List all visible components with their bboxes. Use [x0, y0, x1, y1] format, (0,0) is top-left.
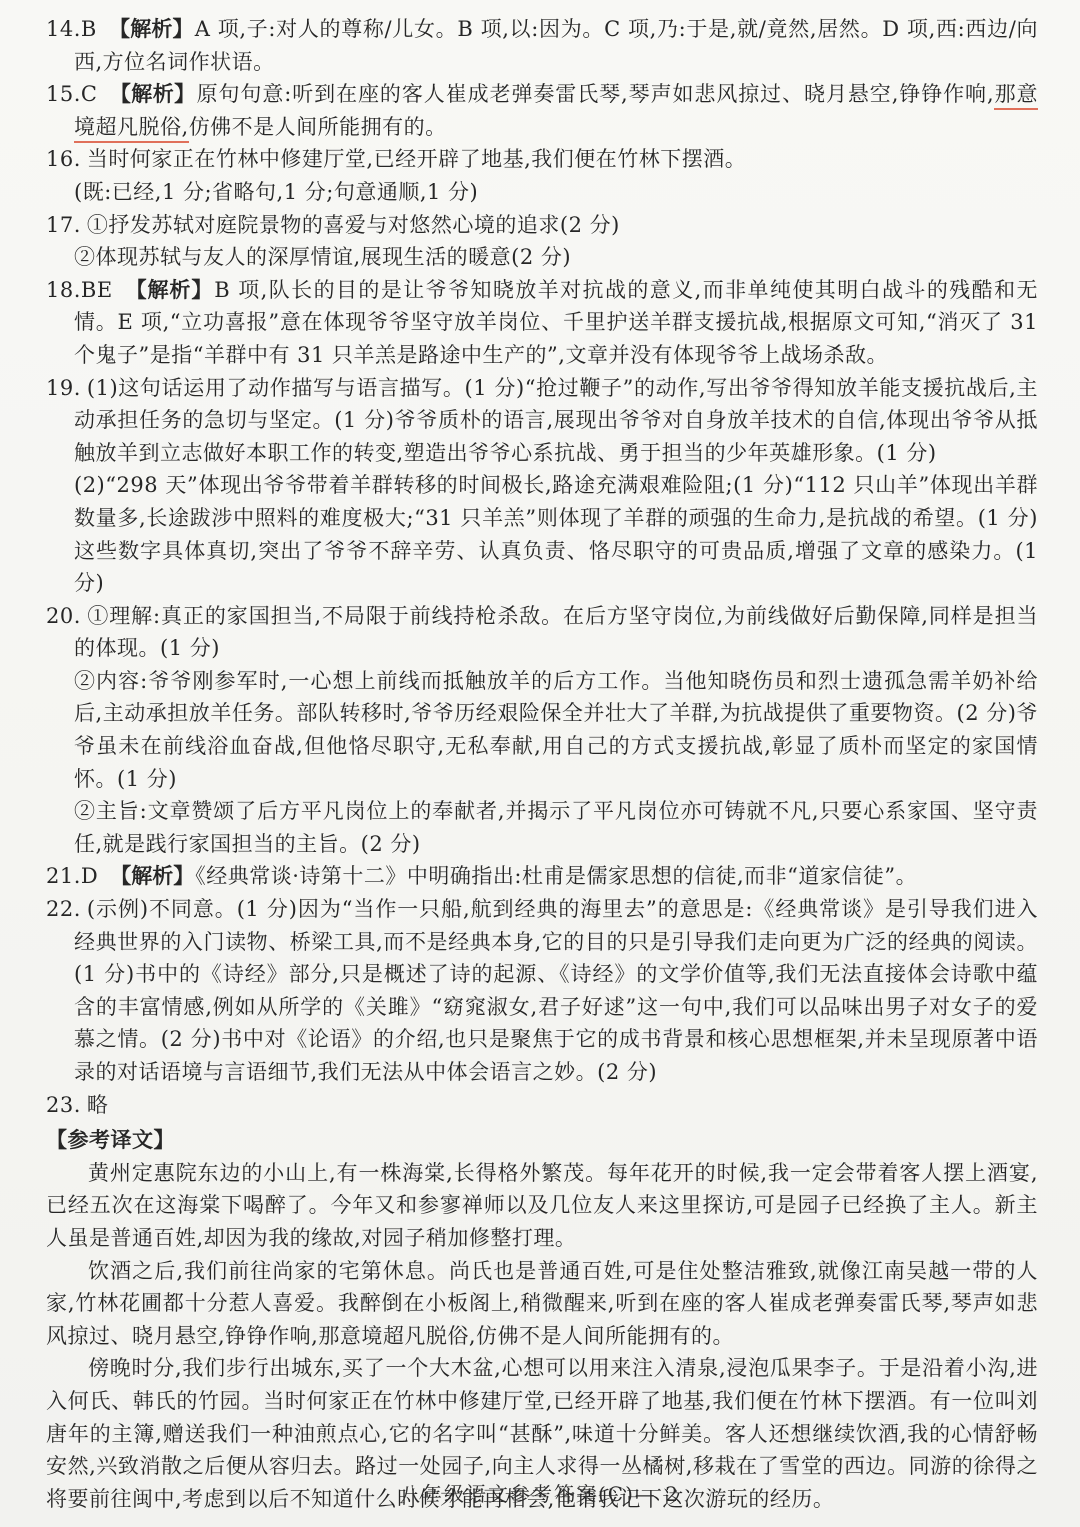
answer-item-20-part2: ②内容:爷爷刚参军时,一心想上前线而抵触放羊的后方工作。当他知晓伤员和烈士遗孤急…: [46, 665, 1038, 795]
answer-subtext: (既:已经,1 分;省略句,1 分;句意通顺,1 分): [74, 180, 478, 204]
answer-item-21: 21.D【解析】《经典常谈·诗第十二》中明确指出:杜甫是儒家思想的信徒,而非“道…: [46, 860, 1038, 893]
answer-text: ①抒发苏轼对庭院景物的喜爱与对悠然心境的追求(2 分): [87, 213, 620, 237]
answer-item-14: 14.B【解析】A 项,子:对人的尊称/儿女。B 项,以:因为。C 项,乃:于是…: [46, 13, 1038, 78]
answer-number: 22.: [46, 897, 81, 921]
answer-item-19-part2: (2)“298 天”体现出爷爷带着羊群转移的时间极长,路途充满艰难险阻;(1 分…: [46, 469, 1038, 599]
answer-number: 21.D: [46, 864, 98, 888]
jiexi-label: 【解析】: [125, 278, 214, 302]
answer-subtext: ②体现苏轼与友人的深厚情谊,展现生活的暖意(2 分): [74, 245, 571, 269]
answer-text: B 项,队长的目的是让爷爷知晓放羊对抗战的意义,而非单纯使其明白战斗的残酷和无情…: [74, 278, 1038, 367]
translation-paragraph-1: 黄州定惠院东边的小山上,有一株海棠,长得格外繁茂。每年花开的时候,我一定会带着客…: [46, 1157, 1038, 1255]
answer-item-15: 15.C【解析】原句句意:听到在座的客人崔成老弹奏雷氏琴,琴声如悲风掠过、晓月悬…: [46, 78, 1038, 143]
answer-item-19: 19.(1)这句话运用了动作描写与语言描写。(1 分)“抢过鞭子”的动作,写出爷…: [46, 372, 1038, 470]
answer-number: 15.C: [46, 82, 97, 106]
answer-number: 16.: [46, 147, 81, 171]
answer-item-20-part3: ②主旨:文章赞颂了后方平凡岗位上的奉献者,并揭示了平凡岗位亦可铸就不凡,只要心系…: [46, 795, 1038, 860]
answer-number: 23.: [46, 1093, 81, 1117]
answer-item-17: 17.①抒发苏轼对庭院景物的喜爱与对悠然心境的追求(2 分): [46, 209, 1038, 242]
answer-text: 《经典常谈·诗第十二》中明确指出:杜甫是儒家思想的信徒,而非“道家信徒”。: [195, 864, 917, 888]
answer-item-22: 22.(示例)不同意。(1 分)因为“当作一只船,航到经典的海里去”的意思是:《…: [46, 893, 1038, 1089]
answer-text: ①理解:真正的家国担当,不局限于前线持枪杀敌。在后方坚守岗位,为前线做好后勤保障…: [74, 604, 1038, 661]
answer-item-18: 18.BE【解析】B 项,队长的目的是让爷爷知晓放羊对抗战的意义,而非单纯使其明…: [46, 274, 1038, 372]
answer-item-16-note: (既:已经,1 分;省略句,1 分;句意通顺,1 分): [46, 176, 1038, 209]
answer-text: A 项,子:对人的尊称/儿女。B 项,以:因为。C 项,乃:于是,就/竟然,居然…: [74, 17, 1038, 74]
answer-item-17-part2: ②体现苏轼与友人的深厚情谊,展现生活的暖意(2 分): [46, 241, 1038, 274]
answer-text: 原句句意:听到在座的客人崔成老弹奏雷氏琴,琴声如悲风掠过、晓月悬空,铮铮作响,: [197, 82, 995, 106]
answer-text: 仿佛不是人间所能拥有的。: [189, 115, 447, 139]
answer-number: 14.B: [46, 17, 97, 41]
jiexi-label: 【解析】: [109, 17, 194, 41]
answer-subtext: (2)“298 天”体现出爷爷带着羊群转移的时间极长,路途充满艰难险阻;(1 分…: [74, 473, 1038, 595]
jiexi-label: 【解析】: [110, 864, 194, 888]
answer-text: (示例)不同意。(1 分)因为“当作一只船,航到经典的海里去”的意思是:《经典常…: [74, 897, 1038, 1084]
jiexi-label: 【解析】: [109, 82, 195, 106]
answer-number: 18.BE: [46, 278, 113, 302]
answer-subtext: ②内容:爷爷刚参军时,一心想上前线而抵触放羊的后方工作。当他知晓伤员和烈士遗孤急…: [74, 669, 1038, 791]
answer-text: (1)这句话运用了动作描写与语言描写。(1 分)“抢过鞭子”的动作,写出爷爷得知…: [74, 376, 1038, 465]
page-footer: 八年级语文参考答案(C)— 2: [0, 1478, 1080, 1507]
answer-number: 20.: [46, 604, 81, 628]
answer-subtext: ②主旨:文章赞颂了后方平凡岗位上的奉献者,并揭示了平凡岗位亦可铸就不凡,只要心系…: [74, 799, 1038, 856]
answer-number: 19.: [46, 376, 81, 400]
translation-paragraph-2: 饮酒之后,我们前往尚家的宅第休息。尚氏也是普通百姓,可是住处整洁雅致,就像江南吴…: [46, 1255, 1038, 1353]
answer-number: 17.: [46, 213, 81, 237]
answer-sheet: 14.B【解析】A 项,子:对人的尊称/儿女。B 项,以:因为。C 项,乃:于是…: [0, 0, 1080, 1515]
answer-item-20: 20.①理解:真正的家国担当,不局限于前线持枪杀敌。在后方坚守岗位,为前线做好后…: [46, 600, 1038, 665]
document-page: 14.B【解析】A 项,子:对人的尊称/儿女。B 项,以:因为。C 项,乃:于是…: [0, 0, 1080, 1527]
answer-text: 当时何家正在竹林中修建厅堂,已经开辟了地基,我们便在竹林下摆酒。: [87, 147, 746, 171]
answer-text: 略: [87, 1093, 109, 1117]
answer-item-16: 16.当时何家正在竹林中修建厅堂,已经开辟了地基,我们便在竹林下摆酒。: [46, 143, 1038, 176]
answer-item-23: 23.略: [46, 1089, 1038, 1122]
translation-header: 【参考译文】: [46, 1124, 1038, 1157]
